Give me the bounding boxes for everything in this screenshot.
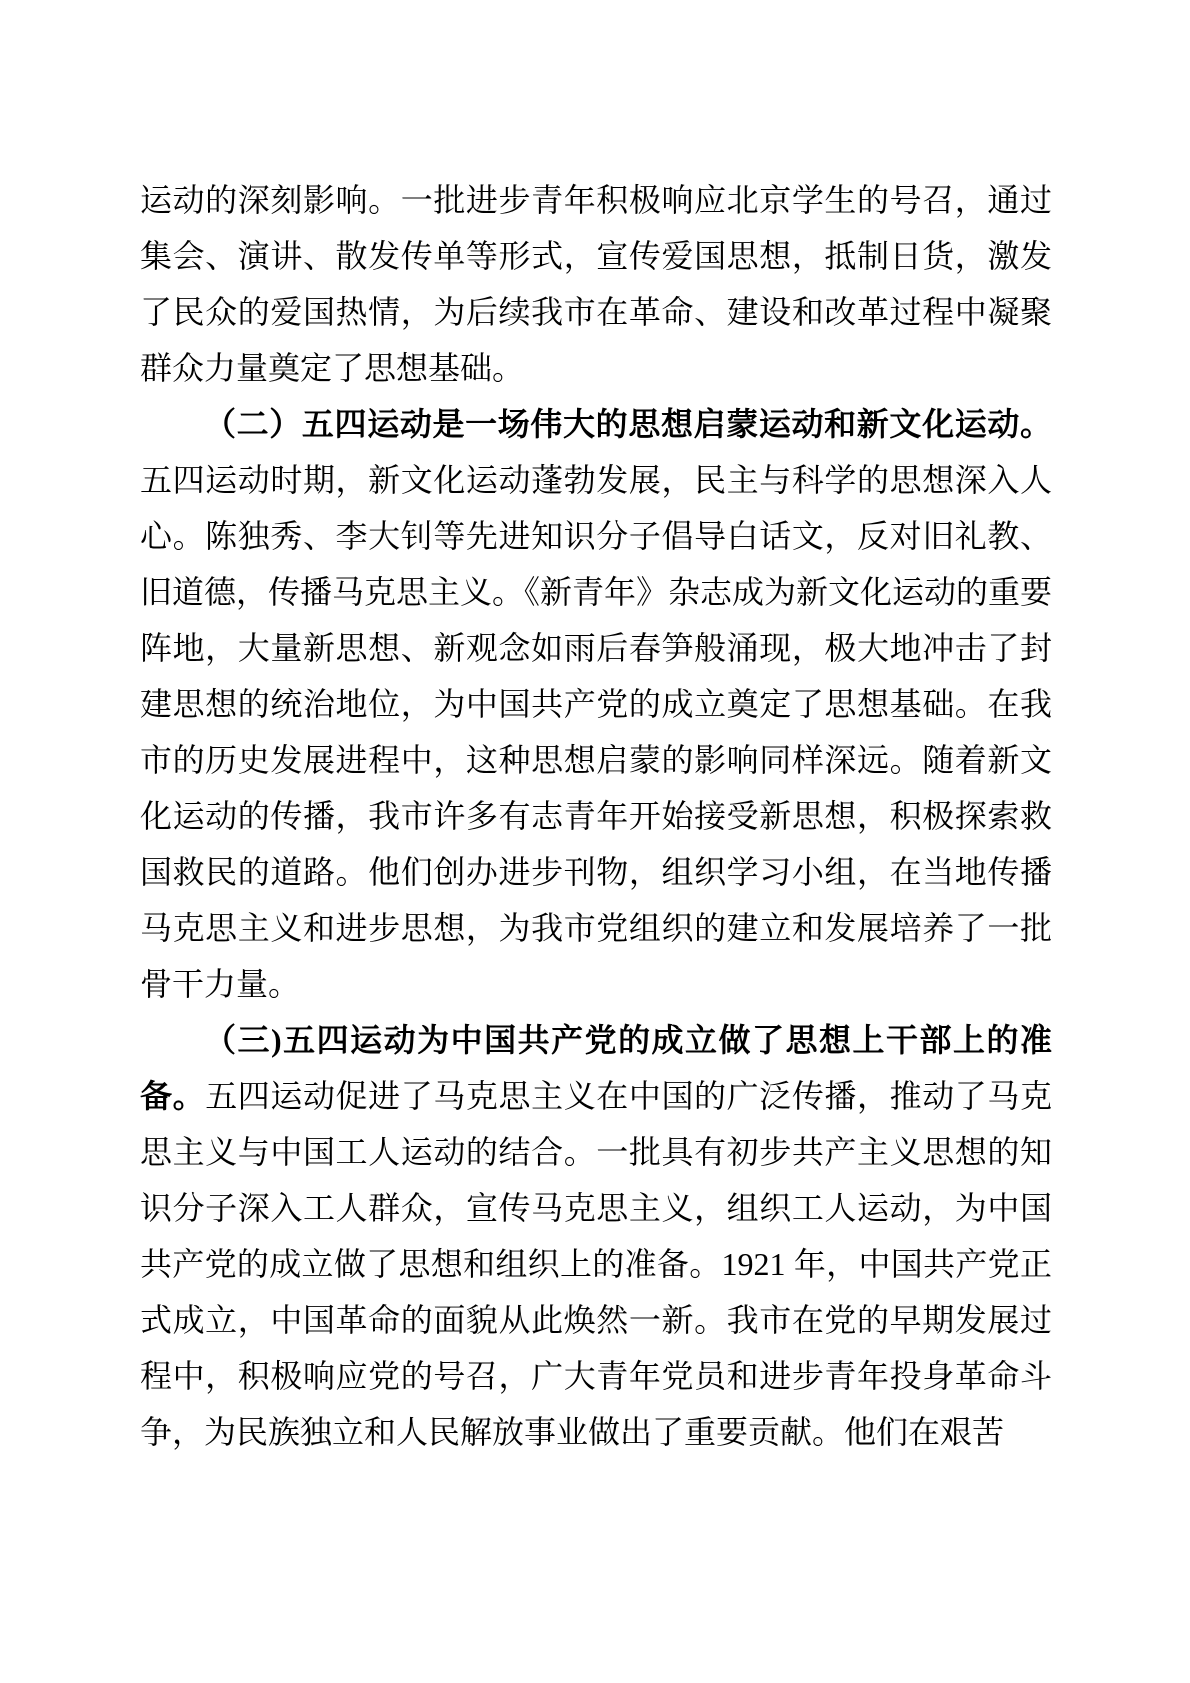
paragraph-continuation-text: 运动的深刻影响。一批进步青年积极响应北京学生的号召，通过集会、演讲、散发传单等形…: [140, 182, 1052, 386]
paragraph-continuation: 运动的深刻影响。一批进步青年积极响应北京学生的号召，通过集会、演讲、散发传单等形…: [140, 172, 1052, 396]
section-3-text: 五四运动促进了马克思主义在中国的广泛传播，推动了马克思主义与中国工人运动的结合。…: [140, 1078, 1052, 1450]
paragraph-section-2: （二）五四运动是一场伟大的思想启蒙运动和新文化运动。五四运动时期，新文化运动蓬勃…: [140, 396, 1052, 1012]
section-2-heading: （二）五四运动是一场伟大的思想启蒙运动和新文化运动。: [204, 406, 1052, 442]
paragraph-section-3: （三)五四运动为中国共产党的成立做了思想上干部上的准备。五四运动促进了马克思主义…: [140, 1012, 1052, 1460]
section-2-text: 五四运动时期，新文化运动蓬勃发展，民主与科学的思想深入人心。陈独秀、李大钊等先进…: [140, 462, 1052, 1002]
document-page: 运动的深刻影响。一批进步青年积极响应北京学生的号召，通过集会、演讲、散发传单等形…: [0, 0, 1190, 1683]
